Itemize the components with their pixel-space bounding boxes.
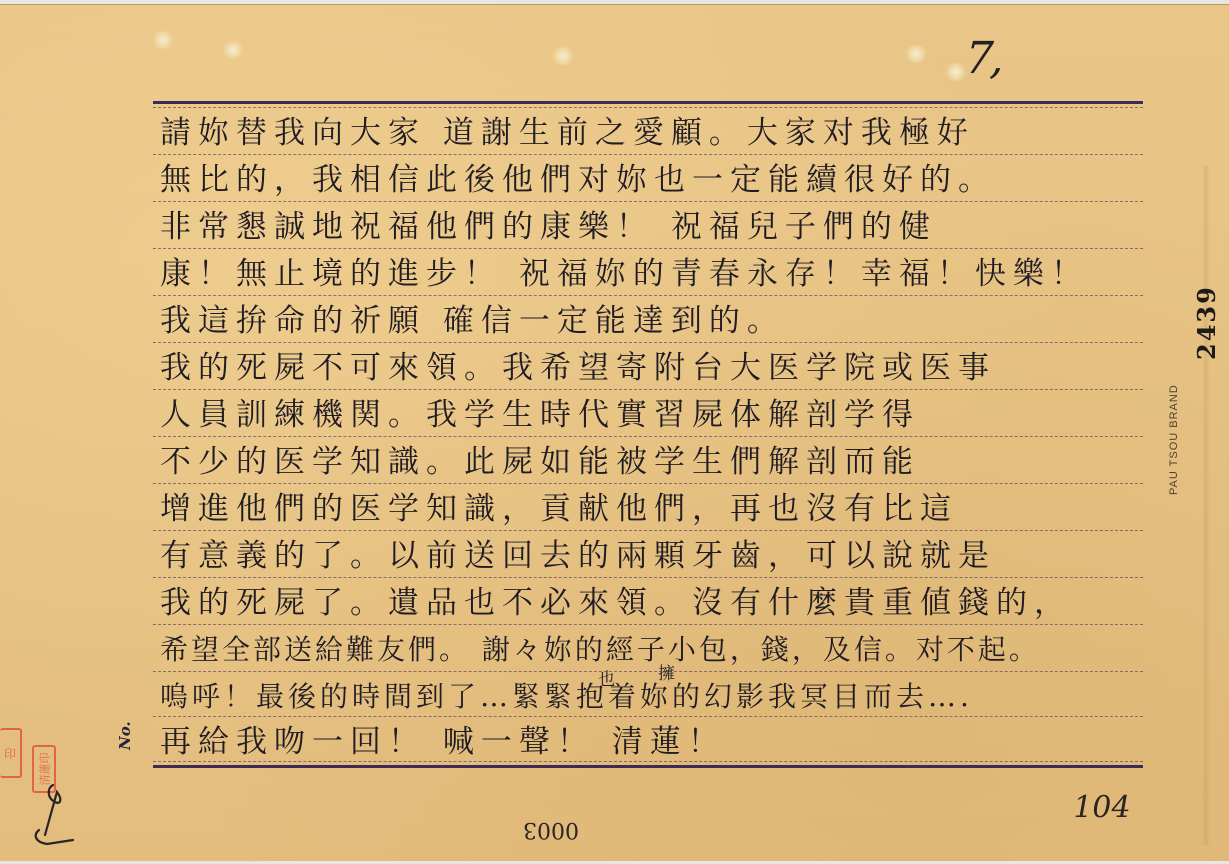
- letter-line-5: 我這拚命的祈願 確信一定能達到的。: [160, 301, 1145, 341]
- letter-line-6: 我的死屍不可來領。我希望寄附台大医学院或医事: [160, 348, 1145, 388]
- letter-line-10: 有意義的了。以前送回去的兩顆牙齒，可以說就是: [160, 536, 1145, 576]
- letter-line-11: 我的死屍了。遺品也不必來領。沒有什麼貴重値錢的，: [160, 583, 1145, 623]
- letter-line-7: 人員訓練機関。我学生時代實習屍体解剖学得: [160, 395, 1145, 435]
- punch-hole: [552, 47, 574, 65]
- ruled-line: [153, 530, 1143, 531]
- bottom-rule: [153, 765, 1143, 768]
- letter-line-3: 非常懇誠地祝福他們的康樂！ 祝福兒子們的健: [160, 207, 1145, 247]
- punch-hole: [905, 45, 927, 63]
- letter-line-9: 增進他們的医学知識，貢献他們，再也沒有比這: [160, 489, 1145, 529]
- letter-line-8: 不少的医学知識。此屍如能被学生們解剖而能: [160, 442, 1145, 482]
- archive-number-note: 0003: [523, 817, 579, 842]
- paper-brand-label: PAU TSOU BRAND: [1168, 384, 1180, 495]
- letter-line-13: 嗚呼！最後的時間到了…緊緊抱着妳的幻影我冥目而去….: [160, 677, 1145, 717]
- page-number-note: 104: [1070, 790, 1133, 825]
- ruled-line: [153, 342, 1143, 343]
- paper-fold: [1202, 165, 1210, 845]
- punch-hole: [152, 31, 174, 49]
- red-seal-stamp: 印: [0, 728, 22, 778]
- ruled-line: [153, 154, 1143, 155]
- ruled-line: [153, 483, 1143, 484]
- serial-number: 2439: [1192, 285, 1221, 360]
- letter-line-14: 再給我吻一回！ 喊一聲！ 清蓮！: [160, 722, 1145, 762]
- letter-sheet: 7, 請妳替我向大家 道謝生前之愛顧。大家对我極好 無比的，我相信此後他們对妳也…: [0, 4, 1229, 861]
- letter-line-12: 希望全部送給難友們。 謝々妳的經子小包，錢，及信。对不起。: [160, 630, 1145, 670]
- letter-line-4: 康！無止境的進步！ 祝福妳的青春永存！幸福！快樂！: [160, 254, 1145, 294]
- ruled-line: [153, 389, 1143, 390]
- top-rule: [153, 101, 1143, 104]
- interlinear-insertion: 擁: [658, 659, 677, 684]
- page-mark: 7,: [959, 33, 1014, 84]
- ruled-line: [153, 107, 1143, 108]
- punch-hole: [222, 41, 244, 59]
- ruled-line: [153, 295, 1143, 296]
- ruled-line: [153, 577, 1143, 578]
- ruled-line: [153, 624, 1143, 625]
- letter-line-2: 無比的，我相信此後他們对妳也一定能續很好的。: [160, 160, 1145, 200]
- initial-scribble-icon: [25, 780, 85, 850]
- interlinear-insertion: 也: [598, 665, 617, 690]
- number-label: No.: [116, 721, 134, 750]
- ruled-line: [153, 671, 1143, 672]
- ruled-line: [153, 436, 1143, 437]
- letter-line-1: 請妳替我向大家 道謝生前之愛顧。大家对我極好: [160, 113, 1145, 153]
- ruled-line: [153, 248, 1143, 249]
- ruled-line: [153, 201, 1143, 202]
